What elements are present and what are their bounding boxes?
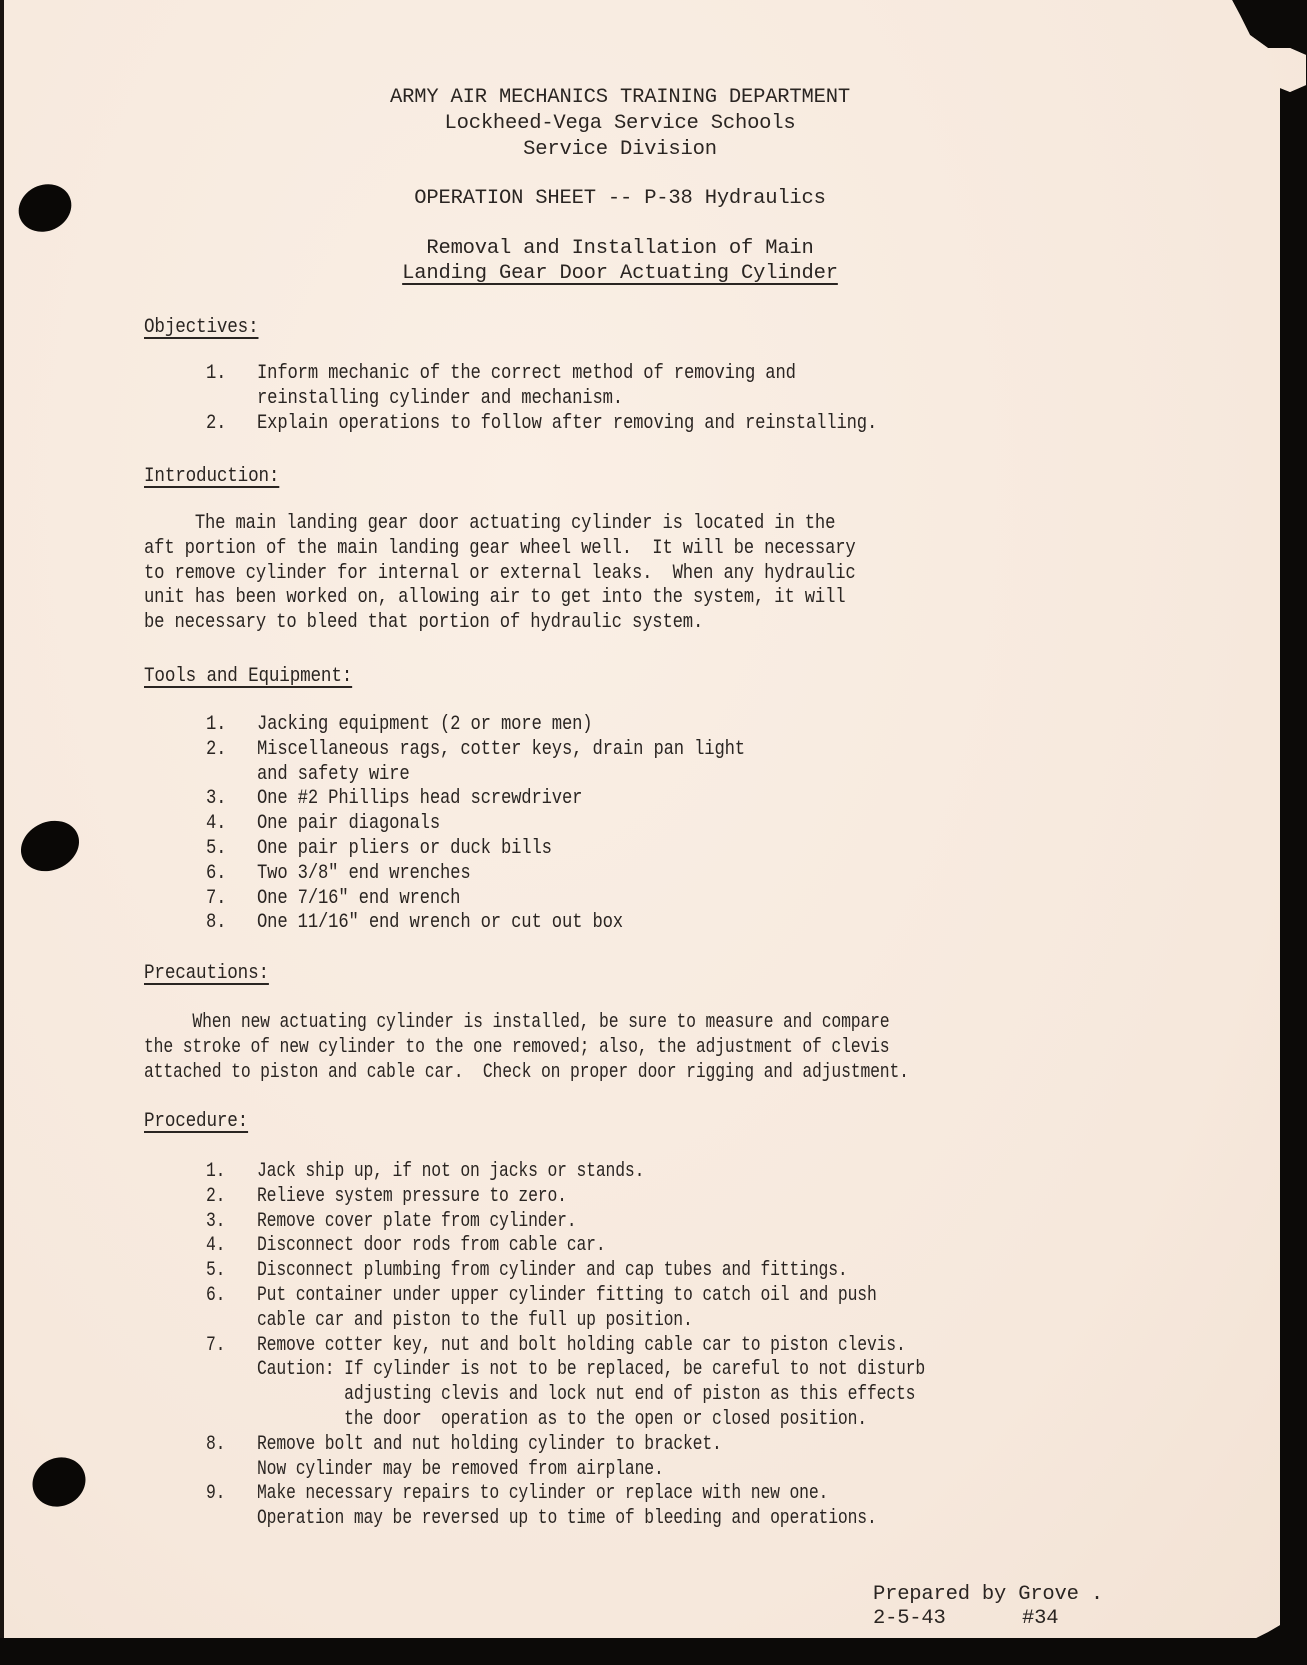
- procedure-step-text: Remove cover plate from cylinder.: [257, 1212, 577, 1233]
- tool-item-text: One 7/16" end wrench: [257, 889, 460, 910]
- objective-item-number: 1.: [206, 364, 226, 385]
- procedure-step-text: cable car and piston to the full up posi…: [257, 1311, 693, 1332]
- tool-item-text: One pair diagonals: [257, 814, 440, 835]
- tool-item-text: One #2 Phillips head screwdriver: [257, 789, 582, 810]
- procedure-step-text: Disconnect door rods from cable car.: [257, 1236, 606, 1257]
- introduction-paragraph-line: be necessary to bleed that portion of hy…: [144, 613, 703, 634]
- procedure-step-number: 5.: [206, 1261, 225, 1282]
- objectives-heading-text: Objectives:: [144, 316, 258, 339]
- tool-item-number: 6.: [206, 864, 226, 885]
- procedure-step-number: 7.: [206, 1336, 225, 1357]
- precautions-paragraph-line: attached to piston and cable car. Check …: [144, 1063, 909, 1084]
- date: 2-5-43: [873, 1609, 946, 1630]
- tool-item-text: One pair pliers or duck bills: [257, 839, 552, 860]
- school-name: Lockheed-Vega Service Schools: [0, 114, 1240, 135]
- sheet-number: #34: [1022, 1609, 1058, 1630]
- procedure-step-text: Relieve system pressure to zero.: [257, 1187, 567, 1208]
- tool-item-number: 7.: [206, 889, 226, 910]
- division-name: Service Division: [0, 140, 1240, 161]
- introduction-paragraph-line: The main landing gear door actuating cyl…: [144, 514, 835, 535]
- objective-item-text: reinstalling cylinder and mechanism.: [257, 389, 623, 410]
- procedure-step-text: Jack ship up, if not on jacks or stands.: [257, 1162, 644, 1183]
- procedure-step-number: 6.: [206, 1286, 225, 1307]
- tool-item-number: 5.: [206, 839, 226, 860]
- procedure-step-text: Operation may be reversed up to time of …: [257, 1509, 877, 1530]
- tool-item-text: Jacking equipment (2 or more men): [257, 715, 592, 736]
- procedure-heading: Procedure:: [144, 1112, 248, 1133]
- precautions-heading-text: Precautions:: [144, 962, 269, 985]
- tool-item-text: and safety wire: [257, 765, 409, 786]
- prepared-by: Prepared by Grove .: [873, 1585, 1103, 1606]
- procedure-step-text: adjusting clevis and lock nut end of pis…: [257, 1385, 915, 1406]
- tool-item-text: Miscellaneous rags, cotter keys, drain p…: [257, 740, 745, 761]
- procedure-step-number: 8.: [206, 1435, 225, 1456]
- tool-item-number: 1.: [206, 715, 226, 736]
- subject-line-1: Removal and Installation of Main: [0, 239, 1240, 260]
- introduction-paragraph-line: aft portion of the main landing gear whe…: [144, 539, 856, 560]
- procedure-heading-text: Procedure:: [144, 1110, 248, 1133]
- tool-item-number: 8.: [206, 913, 226, 934]
- procedure-step-text: Remove bolt and nut holding cylinder to …: [257, 1435, 722, 1456]
- procedure-step-number: 1.: [206, 1162, 225, 1183]
- operation-sheet: ARMY AIR MECHANICS TRAINING DEPARTMENT L…: [0, 0, 1240, 1638]
- precautions-paragraph-line: the stroke of new cylinder to the one re…: [144, 1038, 889, 1059]
- introduction-heading-text: Introduction:: [144, 465, 279, 488]
- procedure-step-text: the door operation as to the open or clo…: [257, 1410, 867, 1431]
- introduction-paragraph-line: unit has been worked on, allowing air to…: [144, 588, 845, 609]
- sheet-title: OPERATION SHEET -- P-38 Hydraulics: [0, 189, 1240, 210]
- procedure-step-number: 3.: [206, 1212, 225, 1233]
- precautions-paragraph-line: When new actuating cylinder is installed…: [144, 1013, 889, 1034]
- procedure-step-text: Now cylinder may be removed from airplan…: [257, 1460, 664, 1481]
- precautions-heading: Precautions:: [144, 964, 269, 985]
- procedure-step-number: 4.: [206, 1236, 225, 1257]
- procedure-step-text: Caution: If cylinder is not to be replac…: [257, 1360, 925, 1381]
- introduction-heading: Introduction:: [144, 467, 279, 488]
- subject-title-underlined: Landing Gear Door Actuating Cylinder: [402, 262, 838, 285]
- objective-item-text: Explain operations to follow after remov…: [257, 414, 877, 435]
- procedure-step-number: 9.: [206, 1484, 225, 1505]
- department-title: ARMY AIR MECHANICS TRAINING DEPARTMENT: [0, 88, 1240, 109]
- procedure-step-text: Disconnect plumbing from cylinder and ca…: [257, 1261, 848, 1282]
- tool-item-number: 3.: [206, 789, 226, 810]
- tool-item-number: 2.: [206, 740, 226, 761]
- objectives-heading: Objectives:: [144, 318, 258, 339]
- objective-item-number: 2.: [206, 414, 226, 435]
- introduction-paragraph-line: to remove cylinder for internal or exter…: [144, 564, 856, 585]
- tools-heading: Tools and Equipment:: [144, 667, 352, 688]
- procedure-step-text: Make necessary repairs to cylinder or re…: [257, 1484, 828, 1505]
- procedure-step-number: 2.: [206, 1187, 225, 1208]
- subject-line-2: Landing Gear Door Actuating Cylinder: [0, 264, 1240, 285]
- procedure-step-text: Put container under upper cylinder fitti…: [257, 1286, 877, 1307]
- tool-item-number: 4.: [206, 814, 226, 835]
- procedure-step-text: Remove cotter key, nut and bolt holding …: [257, 1336, 906, 1357]
- tool-item-text: Two 3/8" end wrenches: [257, 864, 470, 885]
- tool-item-text: One 11/16" end wrench or cut out box: [257, 913, 623, 934]
- tools-heading-text: Tools and Equipment:: [144, 665, 352, 688]
- objective-item-text: Inform mechanic of the correct method of…: [257, 364, 796, 385]
